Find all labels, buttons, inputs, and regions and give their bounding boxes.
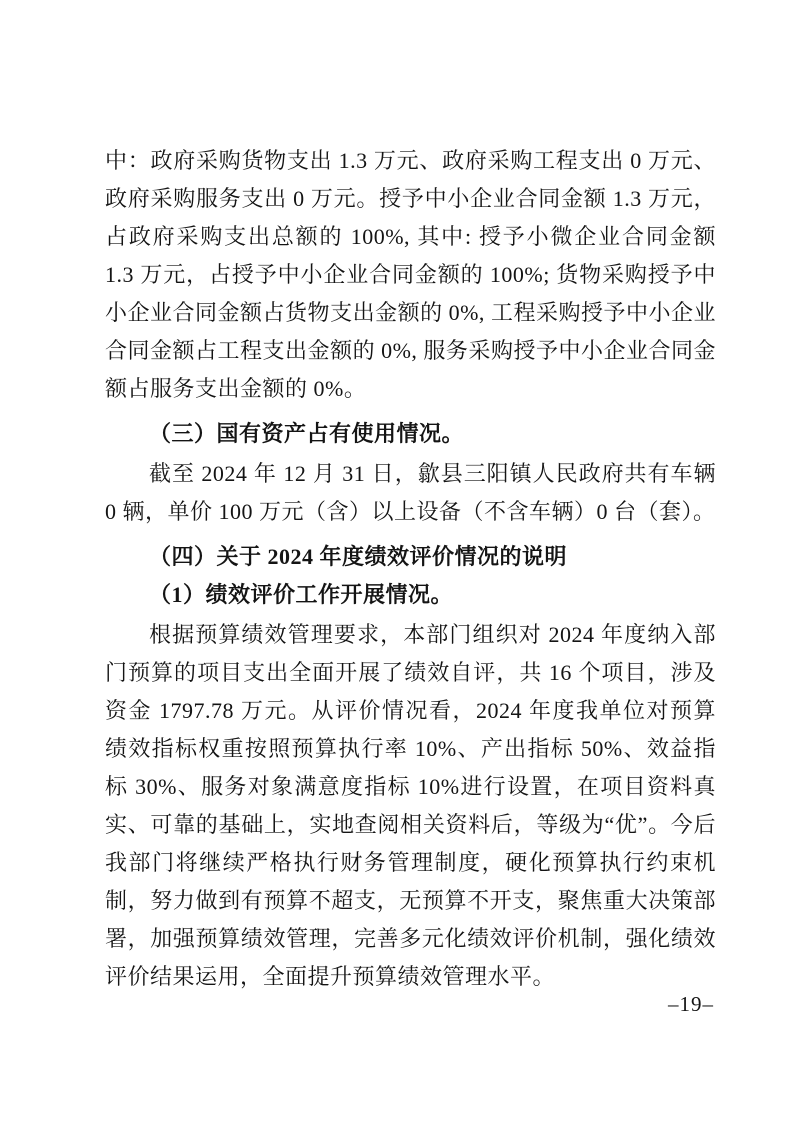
paragraph-procurement-continued: 中：政府采购货物支出 1.3 万元、政府采购工程支出 0 万元、政府采购服务支出… [105,142,716,408]
subsection-heading-evaluation-work: （1）绩效评价工作开展情况。 [105,576,716,614]
document-body: 中：政府采购货物支出 1.3 万元、政府采购工程支出 0 万元、政府采购服务支出… [105,142,716,996]
section-heading-performance-evaluation: （四）关于 2024 年度绩效评价情况的说明 [105,538,716,576]
page-number: –19– [668,992,714,1016]
paragraph-state-assets: 截至 2024 年 12 月 31 日，歙县三阳镇人民政府共有车辆 0 辆，单价… [105,455,716,531]
paragraph-evaluation-details: 根据预算绩效管理要求，本部门组织对 2024 年度纳入部门预算的项目支出全面开展… [105,616,716,996]
section-heading-state-assets: （三）国有资产占有使用情况。 [105,415,716,453]
document-page: 中：政府采购货物支出 1.3 万元、政府采购工程支出 0 万元、政府采购服务支出… [0,0,793,1122]
